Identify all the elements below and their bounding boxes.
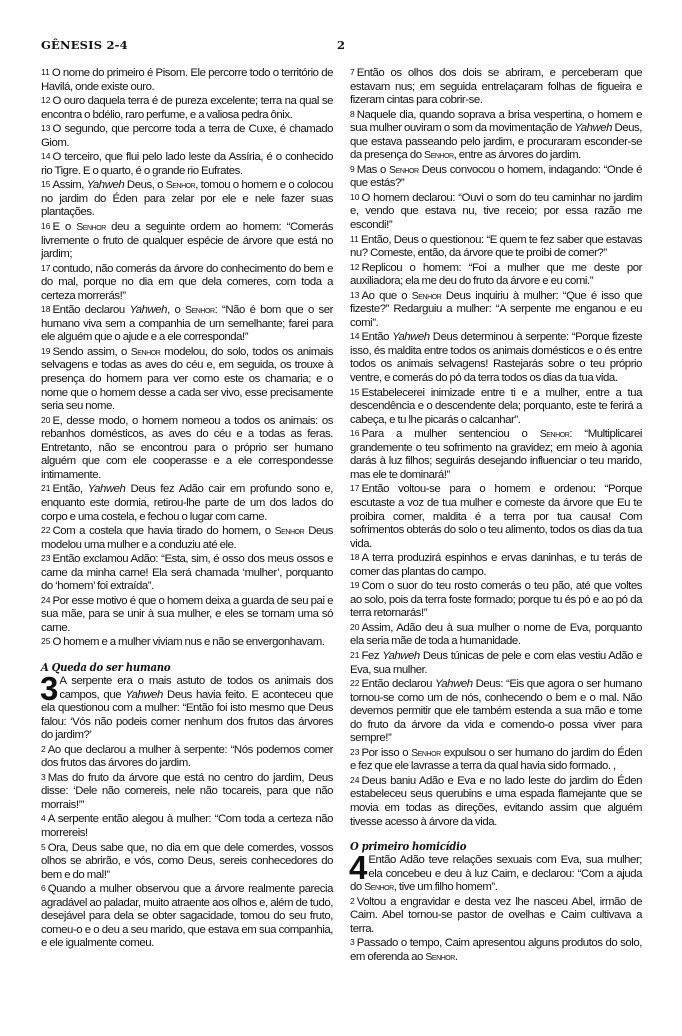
verse-text: Fez: [361, 650, 382, 662]
verse-text: Deus, o: [124, 179, 165, 191]
verse-text: Então: [361, 331, 392, 343]
verse-number: 7: [350, 67, 355, 77]
chapter-number-dropcap: 3: [40, 676, 57, 701]
verse-text: O nome do primeiro é Pisom. Ele percorre…: [41, 67, 333, 93]
verse-text: Então, Deus o questionou: “E quem te fez…: [350, 234, 642, 260]
verse-text: A serpente então alegou à mulher: “Com t…: [41, 813, 333, 839]
section-heading: O primeiro homicídio: [350, 840, 642, 853]
verse-text: Para a mulher sentenciou o: [361, 428, 539, 440]
divine-name-italic: Yahweh: [87, 179, 125, 191]
divine-name-italic: Yahweh: [88, 483, 126, 495]
verse: 25O homem e a mulher viviam nus e não se…: [41, 635, 333, 650]
verse-text: Então exclamou Adão: “Esta, sim, é osso …: [41, 553, 333, 592]
verse: 12Replicou o homem: “Foi a mulher que me…: [350, 261, 642, 289]
verse-text: Então,: [52, 483, 87, 495]
divine-name-italic: Yahweh: [129, 304, 167, 316]
verse-number: 12: [41, 95, 50, 105]
verse-number: 4: [41, 813, 46, 823]
verse-text: Estabelecerei inimizade entre ti e a mul…: [350, 387, 642, 426]
verse-number: 11: [41, 67, 50, 77]
verse-number: 18: [41, 304, 50, 314]
verse-text: E o: [52, 221, 76, 233]
verse-text: , tive um filho homem”.: [394, 881, 498, 893]
verse: 15Assim, Yahweh Deus, o Senhor, tomou o …: [41, 178, 333, 220]
lord-small-caps: Senhor: [425, 951, 455, 963]
verse: 20Assim, Adão deu à sua mulher o nome de…: [350, 621, 642, 649]
verse: 17contudo, não comerás da árvore do conh…: [41, 262, 333, 304]
verse: 19Sendo assim, o Senhor modelou, do solo…: [41, 345, 333, 414]
verse-number: 8: [350, 109, 355, 119]
chapter-number-dropcap: 4: [349, 855, 366, 880]
section: O primeiro homicídio4Então Adão teve rel…: [350, 840, 642, 895]
verse-text: Voltou a engravidar e desta vez lhe nasc…: [350, 896, 642, 935]
verse: 7Então os olhos dos dois se abriram, e p…: [350, 66, 642, 108]
verse: 23Então exclamou Adão: “Esta, sim, é oss…: [41, 552, 333, 594]
verse-number: 21: [350, 650, 359, 660]
verse: 24Deus baniu Adão e Eva e no lado leste …: [350, 774, 642, 829]
chapter-opening-verse: 4Então Adão teve relações sexuais com Ev…: [350, 854, 642, 895]
verse-number: 23: [350, 747, 359, 757]
verse-number: 3: [350, 937, 355, 947]
verse-text: O ouro daquela terra é de pureza excelen…: [41, 95, 333, 121]
verse-text: contudo, não comerás da árvore do conhec…: [41, 263, 333, 302]
verse: 19Com o suor do teu rosto comerás o teu …: [350, 579, 642, 621]
verse-text: Mas do fruto da árvore que está no centr…: [41, 772, 333, 811]
running-head: GÊNESIS 2-4: [41, 38, 128, 52]
verse-number: 20: [41, 415, 50, 425]
verse-number: 2: [350, 896, 355, 906]
verse-text: Então os olhos dos dois se abriram, e pe…: [350, 67, 642, 106]
left-column: 11O nome do primeiro é Pisom. Ele percor…: [41, 66, 333, 951]
verse-text: Assim, Adão deu à sua mulher o nome de E…: [350, 622, 642, 648]
verse: 6Quando a mulher observou que a árvore r…: [41, 882, 333, 951]
verse-text: Replicou o homem: “Foi a mulher que me d…: [350, 262, 642, 288]
verse-number: 11: [350, 234, 359, 244]
divine-name-italic: Yahweh: [392, 331, 430, 343]
verse: 24Por esse motivo é que o homem deixa a …: [41, 594, 333, 636]
lord-small-caps: Senhor: [76, 221, 106, 233]
lord-small-caps: Senhor: [275, 525, 305, 537]
verse: 4A serpente então alegou à mulher: “Com …: [41, 812, 333, 840]
page-number: 2: [337, 38, 345, 52]
verse-number: 14: [350, 331, 359, 341]
verse-text: Quando a mulher observou que a árvore re…: [41, 883, 333, 949]
verse-number: 13: [41, 123, 50, 133]
verse-number: 16: [41, 221, 50, 231]
verse-number: 3: [41, 772, 46, 782]
verse: 18Então declarou Yahweh, o Senhor: “Não …: [41, 303, 333, 345]
verse: 3Passado o tempo, Caim apresentou alguns…: [350, 936, 642, 964]
verse: 14O terceiro, que flui pelo lado leste d…: [41, 150, 333, 178]
verse: 17Então voltou-se para o homem e ordenou…: [350, 482, 642, 551]
verse-number: 21: [41, 483, 50, 493]
verse-text: Ao que o: [361, 290, 411, 302]
verse: 18A terra produzirá espinhos e ervas dan…: [350, 551, 642, 579]
verse-text: E, desse modo, o homem nomeou a todos os…: [41, 415, 333, 481]
verse-number: 22: [41, 525, 50, 535]
lord-small-caps: Senhor: [166, 179, 196, 191]
verse-number: 9: [350, 164, 355, 174]
lord-small-caps: Senhor: [185, 304, 215, 316]
verse-number: 18: [350, 552, 359, 562]
verse-text: , entre as árvores do jardim.: [454, 149, 581, 161]
verse: 23Por isso o Senhor expulsou o ser human…: [350, 746, 642, 774]
verse-number: 24: [350, 775, 359, 785]
verse-number: 22: [350, 678, 359, 688]
lord-small-caps: Senhor: [412, 290, 442, 302]
verse: 21Fez Yahweh Deus túnicas de pele e com …: [350, 649, 642, 677]
divine-name-italic: Yahweh: [574, 122, 612, 134]
verse-number: 17: [41, 263, 50, 273]
verse: 20E, desse modo, o homem nomeou a todos …: [41, 414, 333, 483]
verse-text: Então declarou: [52, 304, 129, 316]
verse-text: , o: [167, 304, 185, 316]
verse-text: O homem declarou: “Ouvi o som do teu cam…: [350, 192, 642, 231]
lord-small-caps: Senhor: [540, 428, 570, 440]
verse: 8Naquele dia, quando soprava a brisa ves…: [350, 108, 642, 163]
bible-page: GÊNESIS 2-4 2 11O nome do primeiro é Pis…: [0, 0, 682, 1036]
section: A Queda do ser humano3A serpente era o m…: [41, 661, 333, 743]
verse-number: 2: [41, 744, 46, 754]
divine-name-italic: Yahweh: [382, 650, 420, 662]
verse: 21Então, Yahweh Deus fez Adão cair em pr…: [41, 482, 333, 524]
verse: 22Com a costela que havia tirado do home…: [41, 524, 333, 552]
verse-number: 5: [41, 842, 46, 852]
verse-number: 24: [41, 595, 50, 605]
verse: 15Estabelecerei inimizade entre ti e a m…: [350, 386, 642, 428]
lord-small-caps: Senhor: [389, 164, 419, 176]
verse: 14Então Yahweh Deus determinou à serpent…: [350, 330, 642, 385]
verse-number: 6: [41, 883, 46, 893]
verse: 5Ora, Deus sabe que, no dia em que dele …: [41, 841, 333, 883]
verse-text: Com a costela que havia tirado do homem,…: [52, 525, 274, 537]
verse-number: 17: [350, 483, 359, 493]
verse-text: Por isso o: [361, 747, 411, 759]
verse-text: Por esse motivo é que o homem deixa a gu…: [41, 595, 333, 634]
verse-number: 12: [350, 262, 359, 272]
verse-text: Mas o: [357, 164, 389, 176]
verse-text: .: [455, 951, 458, 963]
verse-text: Assim,: [52, 179, 86, 191]
verse-text: Deus baniu Adão e Eva e no lado leste do…: [350, 775, 642, 828]
verse: 9Mas o Senhor Deus convocou o homem, ind…: [350, 163, 642, 191]
verse-number: 19: [350, 580, 359, 590]
verse-number: 14: [41, 151, 50, 161]
verse-number: 13: [350, 290, 359, 300]
right-column: 7Então os olhos dos dois se abriram, e p…: [350, 66, 642, 964]
verse: 11O nome do primeiro é Pisom. Ele percor…: [41, 66, 333, 94]
verse-number: 15: [41, 179, 50, 189]
verse-number: 15: [350, 387, 359, 397]
lord-small-caps: Senhor: [424, 149, 454, 161]
verse: 3Mas do fruto da árvore que está no cent…: [41, 771, 333, 813]
verse-number: 10: [350, 192, 359, 202]
verse-text: O terceiro, que flui pelo lado leste da …: [41, 151, 333, 177]
verse: 2Voltou a engravidar e desta vez lhe nas…: [350, 895, 642, 937]
verse: 13Ao que o Senhor Deus inquiriu à mulher…: [350, 289, 642, 331]
verse-number: 19: [41, 346, 50, 356]
verse-text: Ora, Deus sabe que, no dia em que dele c…: [41, 842, 333, 881]
verse-text: Sendo assim, o: [52, 346, 130, 358]
verse: 12O ouro daquela terra é de pureza excel…: [41, 94, 333, 122]
verse-text: Então declarou: [361, 678, 435, 690]
divine-name-italic: Yahweh: [435, 678, 473, 690]
chapter-opening-verse: 3A serpente era o mais astuto de todos o…: [41, 675, 333, 743]
verse: 16E o Senhor deu a seguinte ordem ao hom…: [41, 220, 333, 262]
verse-text: O homem e a mulher viviam nus e não se e…: [52, 636, 324, 648]
divine-name-italic: Yahweh: [125, 689, 163, 701]
verse-number: 23: [41, 553, 50, 563]
verse: 13O segundo, que percorre toda a terra d…: [41, 122, 333, 150]
verse-text: O segundo, que percorre toda a terra de …: [41, 123, 333, 149]
verse: 2Ao que declarou a mulher à serpente: “N…: [41, 743, 333, 771]
verse-text: Com o suor do teu rosto comerás o teu pã…: [350, 580, 642, 619]
page-header: GÊNESIS 2-4 2: [41, 38, 641, 54]
verse-text: Passado o tempo, Caim apresentou alguns …: [350, 937, 642, 963]
verse: 22Então declarou Yahweh Deus: “Eis que a…: [350, 677, 642, 746]
verse-text: Ao que declarou a mulher à serpente: “Nó…: [41, 744, 333, 770]
section-heading: A Queda do ser humano: [41, 661, 333, 674]
verse-text: A terra produzirá espinhos e ervas danin…: [350, 552, 642, 578]
verse-text: Então voltou-se para o homem e ordenou: …: [350, 483, 642, 549]
verse-number: 25: [41, 636, 50, 646]
lord-small-caps: Senhor: [131, 346, 161, 358]
verse-number: 16: [350, 428, 359, 438]
lord-small-caps: Senhor: [411, 747, 441, 759]
verse: 10O homem declarou: “Ouvi o som do teu c…: [350, 191, 642, 233]
lord-small-caps: Senhor: [364, 881, 394, 893]
verse: 16Para a mulher sentenciou o Senhor: “Mu…: [350, 427, 642, 482]
verse-number: 20: [350, 622, 359, 632]
verse: 11Então, Deus o questionou: “E quem te f…: [350, 233, 642, 261]
